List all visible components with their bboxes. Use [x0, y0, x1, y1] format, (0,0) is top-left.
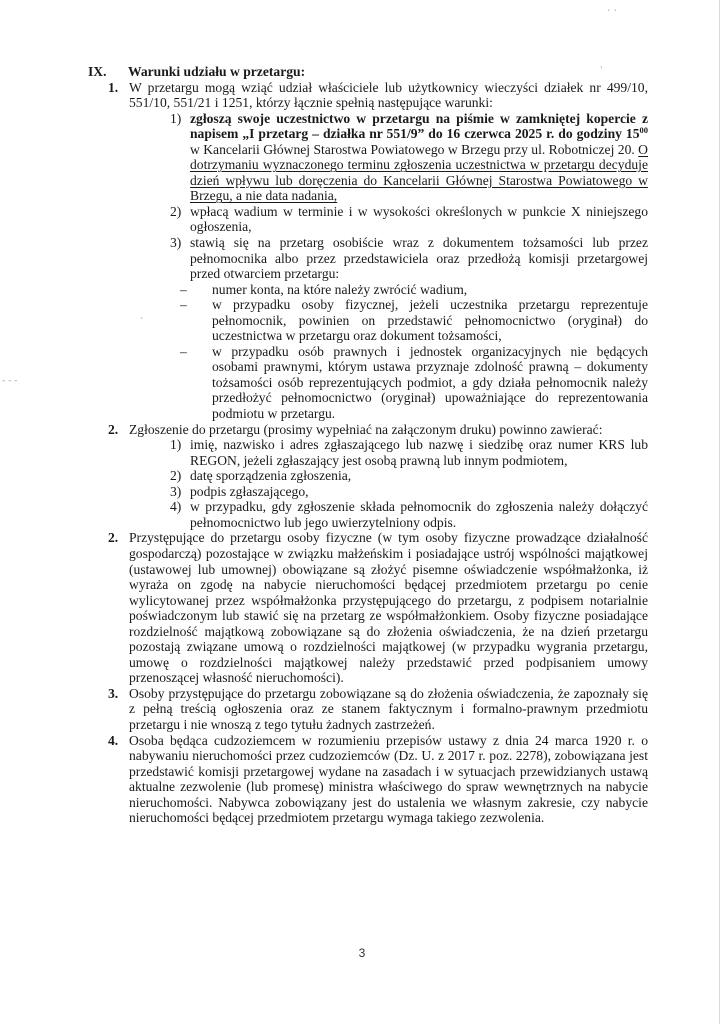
sub-item-number: 1) [170, 437, 181, 453]
list-item: 2. Przystępujące do przetargu osoby fizy… [88, 530, 648, 685]
sub-item-number: 4) [170, 499, 181, 515]
document-page: ˏ ˎ ˈ ˏ ‐ ‐ ‐ IX.Warunki udziału w przet… [0, 0, 724, 1024]
item-number: 1. [108, 80, 118, 96]
section-number: IX. [88, 64, 128, 80]
sub-item-text: imię, nazwisko i adres zgłaszającego lub… [190, 437, 648, 468]
dash-bullet: – [180, 297, 187, 313]
sub-item-text: wpłacą wadium w terminie i w wysokości o… [190, 204, 648, 235]
sub-item-text: w przypadku, gdy zgłoszenie składa pełno… [190, 499, 648, 530]
dash-bullet: – [180, 282, 187, 298]
section-heading: IX.Warunki udziału w przetargu: [88, 64, 648, 80]
sub-list-item: 1) imię, nazwisko i adres zgłaszającego … [88, 437, 648, 468]
item-text: W przetargu mogą wziąć udział właściciel… [129, 80, 648, 111]
sub-list-item: 1) zgłoszą swoje uczestnictwo w przetarg… [88, 111, 648, 204]
item-number: 4. [108, 733, 118, 749]
sub-list-item: 4) w przypadku, gdy zgłoszenie składa pe… [88, 499, 648, 530]
bullet-text: w przypadku osób prawnych i jednostek or… [212, 344, 648, 421]
sub-item-text: stawią się na przetarg osobiście wraz z … [190, 235, 648, 281]
bullet-text: w przypadku osoby fizycznej, jeżeli ucze… [212, 297, 648, 343]
dash-bullet: – [180, 344, 187, 360]
sub-item-number: 3) [170, 235, 181, 251]
bullet-item: – numer konta, na które należy zwrócić w… [88, 282, 648, 298]
list-item: 3. Osoby przystępujące do przetargu zobo… [88, 686, 648, 733]
sub-list-item: 2) wpłacą wadium w terminie i w wysokośc… [88, 204, 648, 235]
item-number: 3. [108, 686, 118, 702]
scan-speck: ‐ ‐ ‐ [2, 376, 17, 386]
sub-item-number: 2) [170, 204, 181, 220]
item-text: Zgłoszenie do przetargu (prosimy wypełni… [129, 422, 602, 437]
item-number: 2. [108, 422, 118, 438]
item-number: 2. [108, 530, 118, 546]
list-item: 1. W przetargu mogą wziąć udział właścic… [88, 80, 648, 111]
sub-item-text: podpis zgłaszającego, [190, 484, 309, 499]
sub-list-item: 3) podpis zgłaszającego, [88, 484, 648, 500]
item-text: Przystępujące do przetargu osoby fizyczn… [129, 530, 648, 685]
item-text: Osoby przystępujące do przetargu zobowią… [129, 686, 648, 732]
list-item: 2. Zgłoszenie do przetargu (prosimy wype… [88, 422, 648, 438]
scan-edge [719, 0, 720, 1024]
item-text: Osoba będąca cudzoziemcem w rozumieniu p… [129, 733, 648, 826]
sub-item-bold-text: zgłoszą swoje uczestnictwo w przetargu n… [190, 111, 648, 142]
page-number: 3 [0, 946, 724, 960]
sub-item-text: datę sporządzenia zgłoszenia, [190, 468, 351, 483]
hour-superscript: 00 [640, 125, 649, 135]
sub-item-number: 1) [170, 111, 181, 127]
bullet-item: – w przypadku osoby fizycznej, jeżeli uc… [88, 297, 648, 344]
sub-item-number: 3) [170, 484, 181, 500]
sub-list-item: 3) stawią się na przetarg osobiście wraz… [88, 235, 648, 282]
list-item: 4. Osoba będąca cudzoziemcem w rozumieni… [88, 733, 648, 826]
bullet-text: numer konta, na które należy zwrócić wad… [212, 282, 467, 297]
sub-list-item: 2) datę sporządzenia zgłoszenia, [88, 468, 648, 484]
sub-item-number: 2) [170, 468, 181, 484]
section-title: Warunki udziału w przetargu: [128, 64, 305, 79]
scan-speck: ˏ ˎ [606, 2, 618, 12]
document-body: IX.Warunki udziału w przetargu: 1. W prz… [88, 64, 648, 826]
bullet-item: – w przypadku osób prawnych i jednostek … [88, 344, 648, 422]
sub-item-text: w Kancelarii Głównej Starostwa Powiatowe… [190, 142, 638, 157]
